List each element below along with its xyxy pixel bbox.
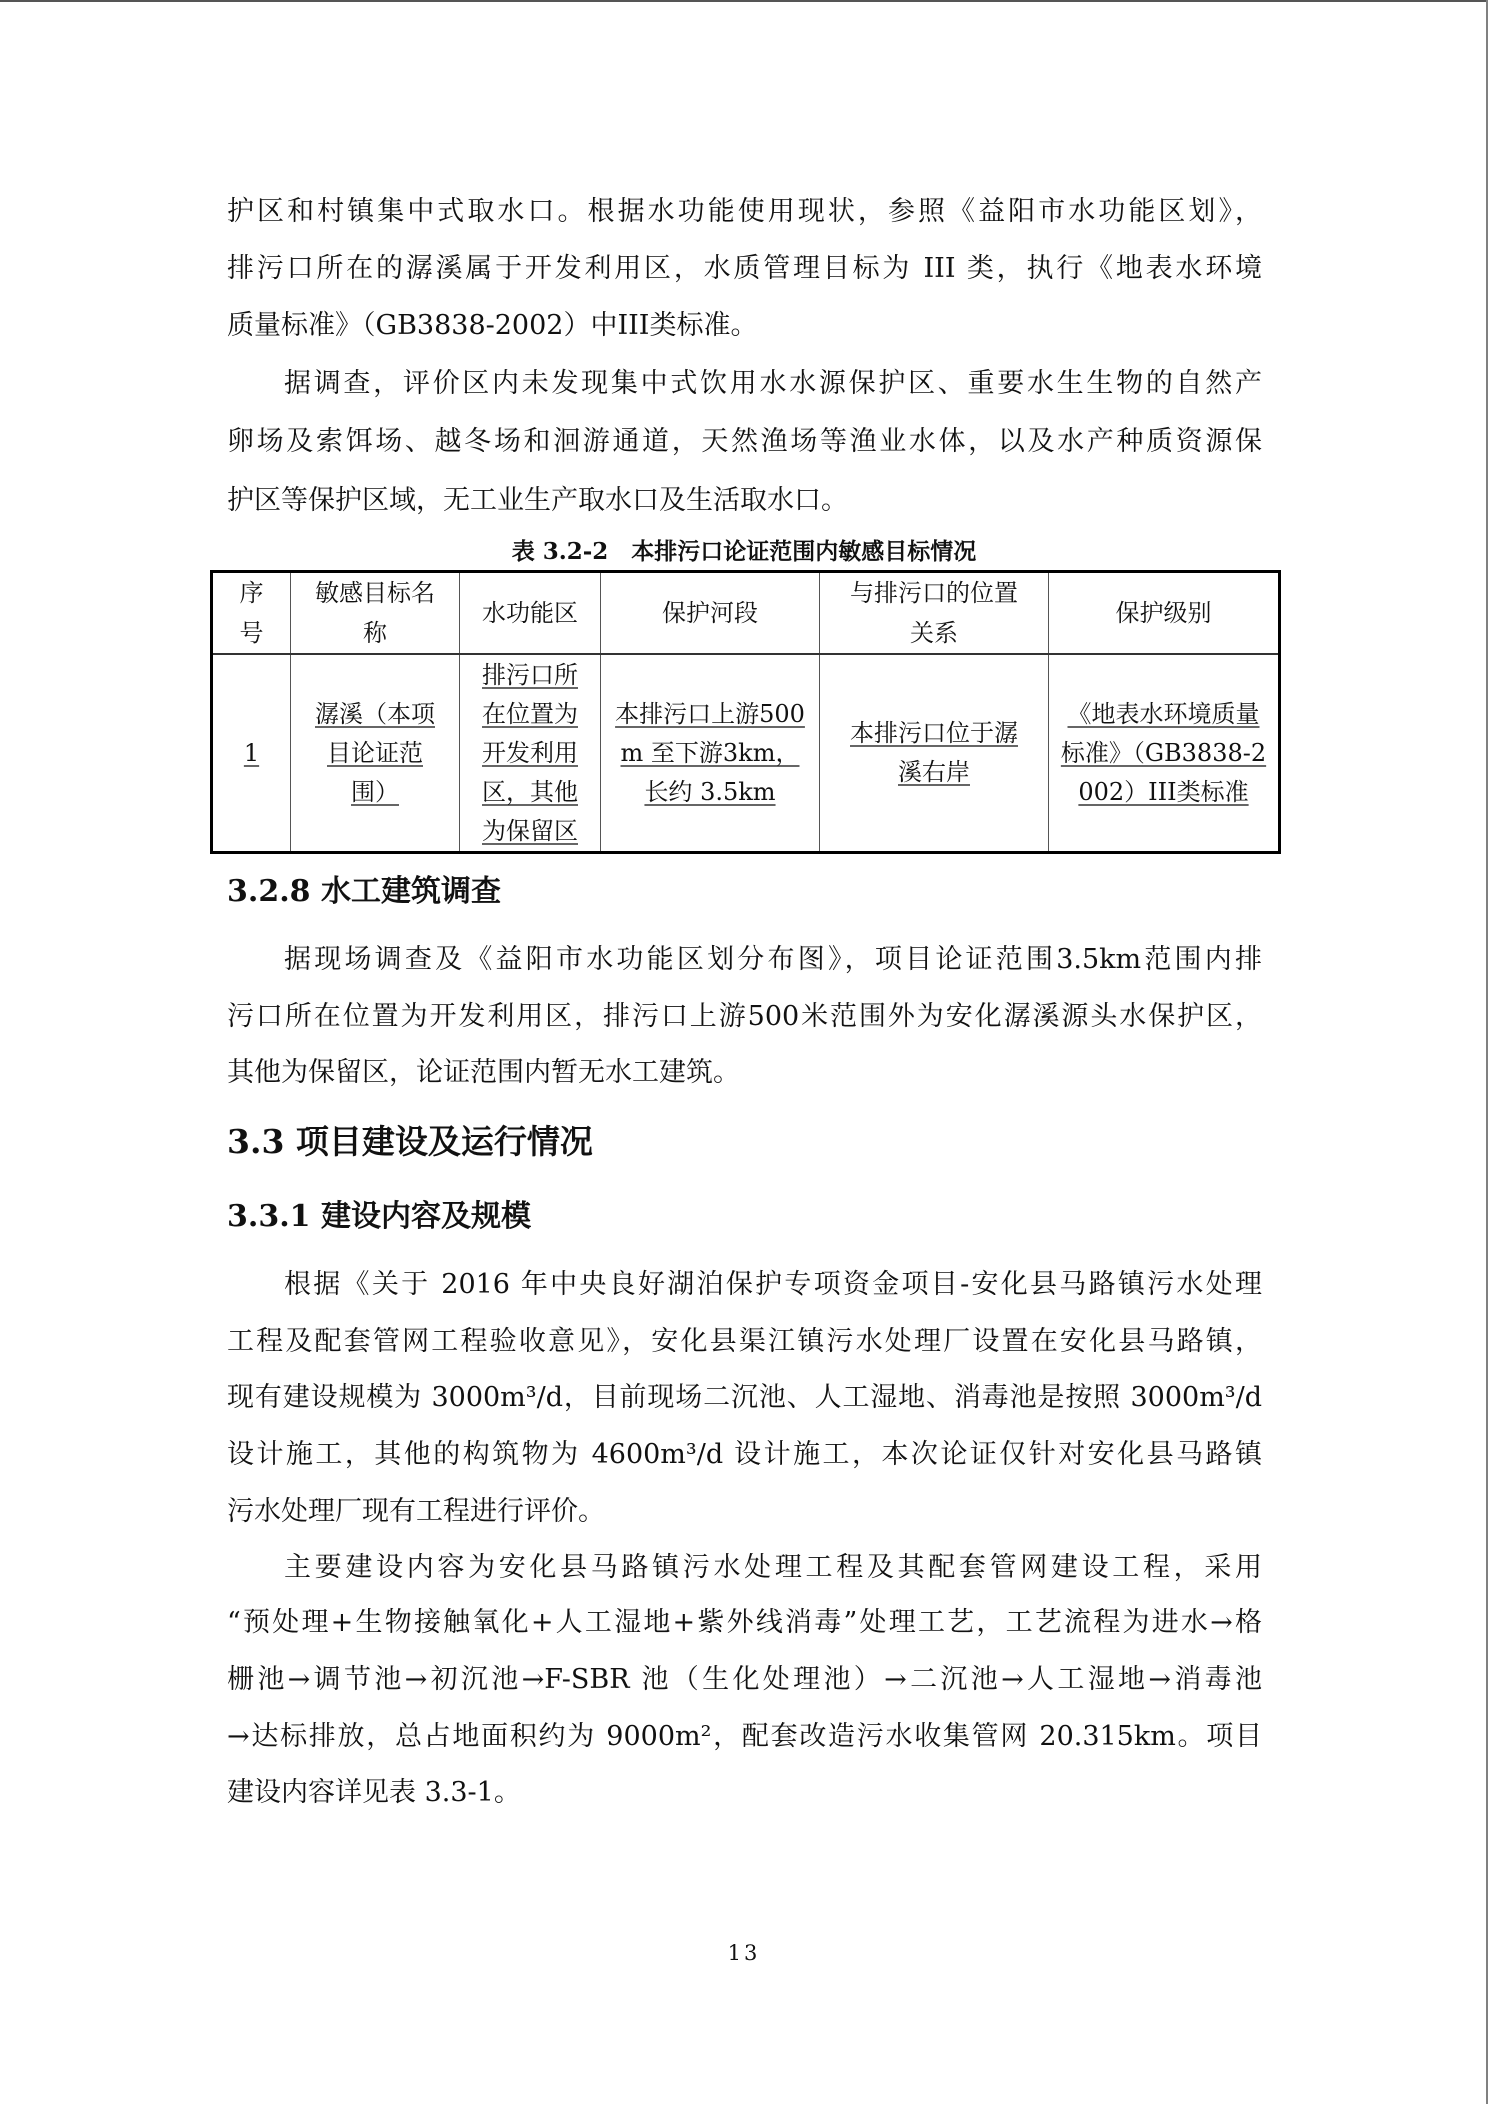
paragraph-line: 现有建设规模为 3000m³/d，目前现场二沉池、人工湿地、消毒池是按照 300… [227,1378,1262,1418]
paragraph-line: 栅池→调节池→初沉池→F-SBR 池（生化处理池）→二沉池→人工湿地→消毒池 [227,1660,1262,1700]
paragraph-line: 设计施工，其他的构筑物为 4600m³/d 设计施工，本次论证仅针对安化县马路镇 [227,1435,1262,1475]
paragraph-line: 排污口所在的潺溪属于开发利用区，水质管理目标为 III 类，执行《地表水环境 [227,249,1262,289]
cell-protection-level: 《地表水环境质量标准》（GB3838-2002）III类标准 [1049,654,1280,853]
paragraph-line: 护区等保护区域，无工业生产取水口及生活取水口。 [227,481,1262,521]
table-caption: 表 3.2-2 本排污口论证范围内敏感目标情况 [211,534,1277,570]
cell-position-relation: 本排污口位于潺溪右岸 [820,654,1049,853]
paragraph-line: 其他为保留区，论证范围内暂无水工建筑。 [227,1053,1262,1093]
table-row: 1 潺溪（本项目论证范围） 排污口所在位置为开发利用区，其他为保留区 本排污口上… [212,654,1280,853]
paragraph-line: 据现场调查及《益阳市水功能区划分布图》，项目论证范围3.5km范围内排 [284,940,1262,980]
paragraph-line: 建设内容详见表 3.3-1。 [227,1773,1262,1813]
paragraph-line: 护区和村镇集中式取水口。根据水功能使用现状，参照《益阳市水功能区划》， [227,192,1262,232]
sensitive-targets-table: 序号 敏感目标名称 水功能区 保护河段 与排污口的位置关系 保护级别 1 潺溪（… [210,570,1281,854]
paragraph-line: 污水处理厂现有工程进行评价。 [227,1492,1262,1532]
paragraph-line: 污口所在位置为开发利用区，排污口上游500米范围外为安化潺溪源头水保护区， [227,997,1262,1037]
paragraph-line: 主要建设内容为安化县马路镇污水处理工程及其配套管网建设工程，采用 [284,1548,1262,1588]
table-header-row: 序号 敏感目标名称 水功能区 保护河段 与排污口的位置关系 保护级别 [212,572,1280,655]
header-target-name: 敏感目标名称 [291,572,460,655]
paragraph-line: 根据《关于 2016 年中央良好湖泊保护专项资金项目-安化县马路镇污水处理 [284,1265,1262,1305]
paragraph-line: 工程及配套管网工程验收意见》，安化县渠江镇污水处理厂设置在安化县马路镇， [227,1322,1262,1362]
cell-protected-reach: 本排污口上游500m 至下游3km，长约 3.5km [601,654,820,853]
header-no: 序号 [212,572,291,655]
cell-water-function-zone: 排污口所在位置为开发利用区，其他为保留区 [460,654,601,853]
header-water-function-zone: 水功能区 [460,572,601,655]
paragraph-line: “预处理+生物接触氧化+人工湿地+紫外线消毒”处理工艺，工艺流程为进水→格 [227,1603,1262,1643]
cell-no: 1 [212,654,291,853]
section-heading-3-2-8: 3.2.8 水工建筑调查 [227,872,501,912]
paragraph-line: →达标排放，总占地面积约为 9000m²，配套改造污水收集管网 20.315km… [227,1717,1262,1757]
page-border-top [0,0,1488,2]
section-heading-3-3-1: 3.3.1 建设内容及规模 [227,1197,531,1237]
page-number: 13 [0,1938,1488,1968]
paragraph-line: 质量标准》（GB3838-2002）中III类标准。 [227,306,1262,346]
paragraph-line: 据调查，评价区内未发现集中式饮用水水源保护区、重要水生生物的自然产 [284,364,1262,404]
paragraph-line: 卵场及索饵场、越冬场和洄游通道，天然渔场等渔业水体，以及水产种质资源保 [227,422,1262,462]
header-protection-level: 保护级别 [1049,572,1280,655]
section-heading-3-3: 3.3 项目建设及运行情况 [227,1120,593,1164]
header-protected-reach: 保护河段 [601,572,820,655]
header-position-relation: 与排污口的位置关系 [820,572,1049,655]
cell-target-name: 潺溪（本项目论证范围） [291,654,460,853]
